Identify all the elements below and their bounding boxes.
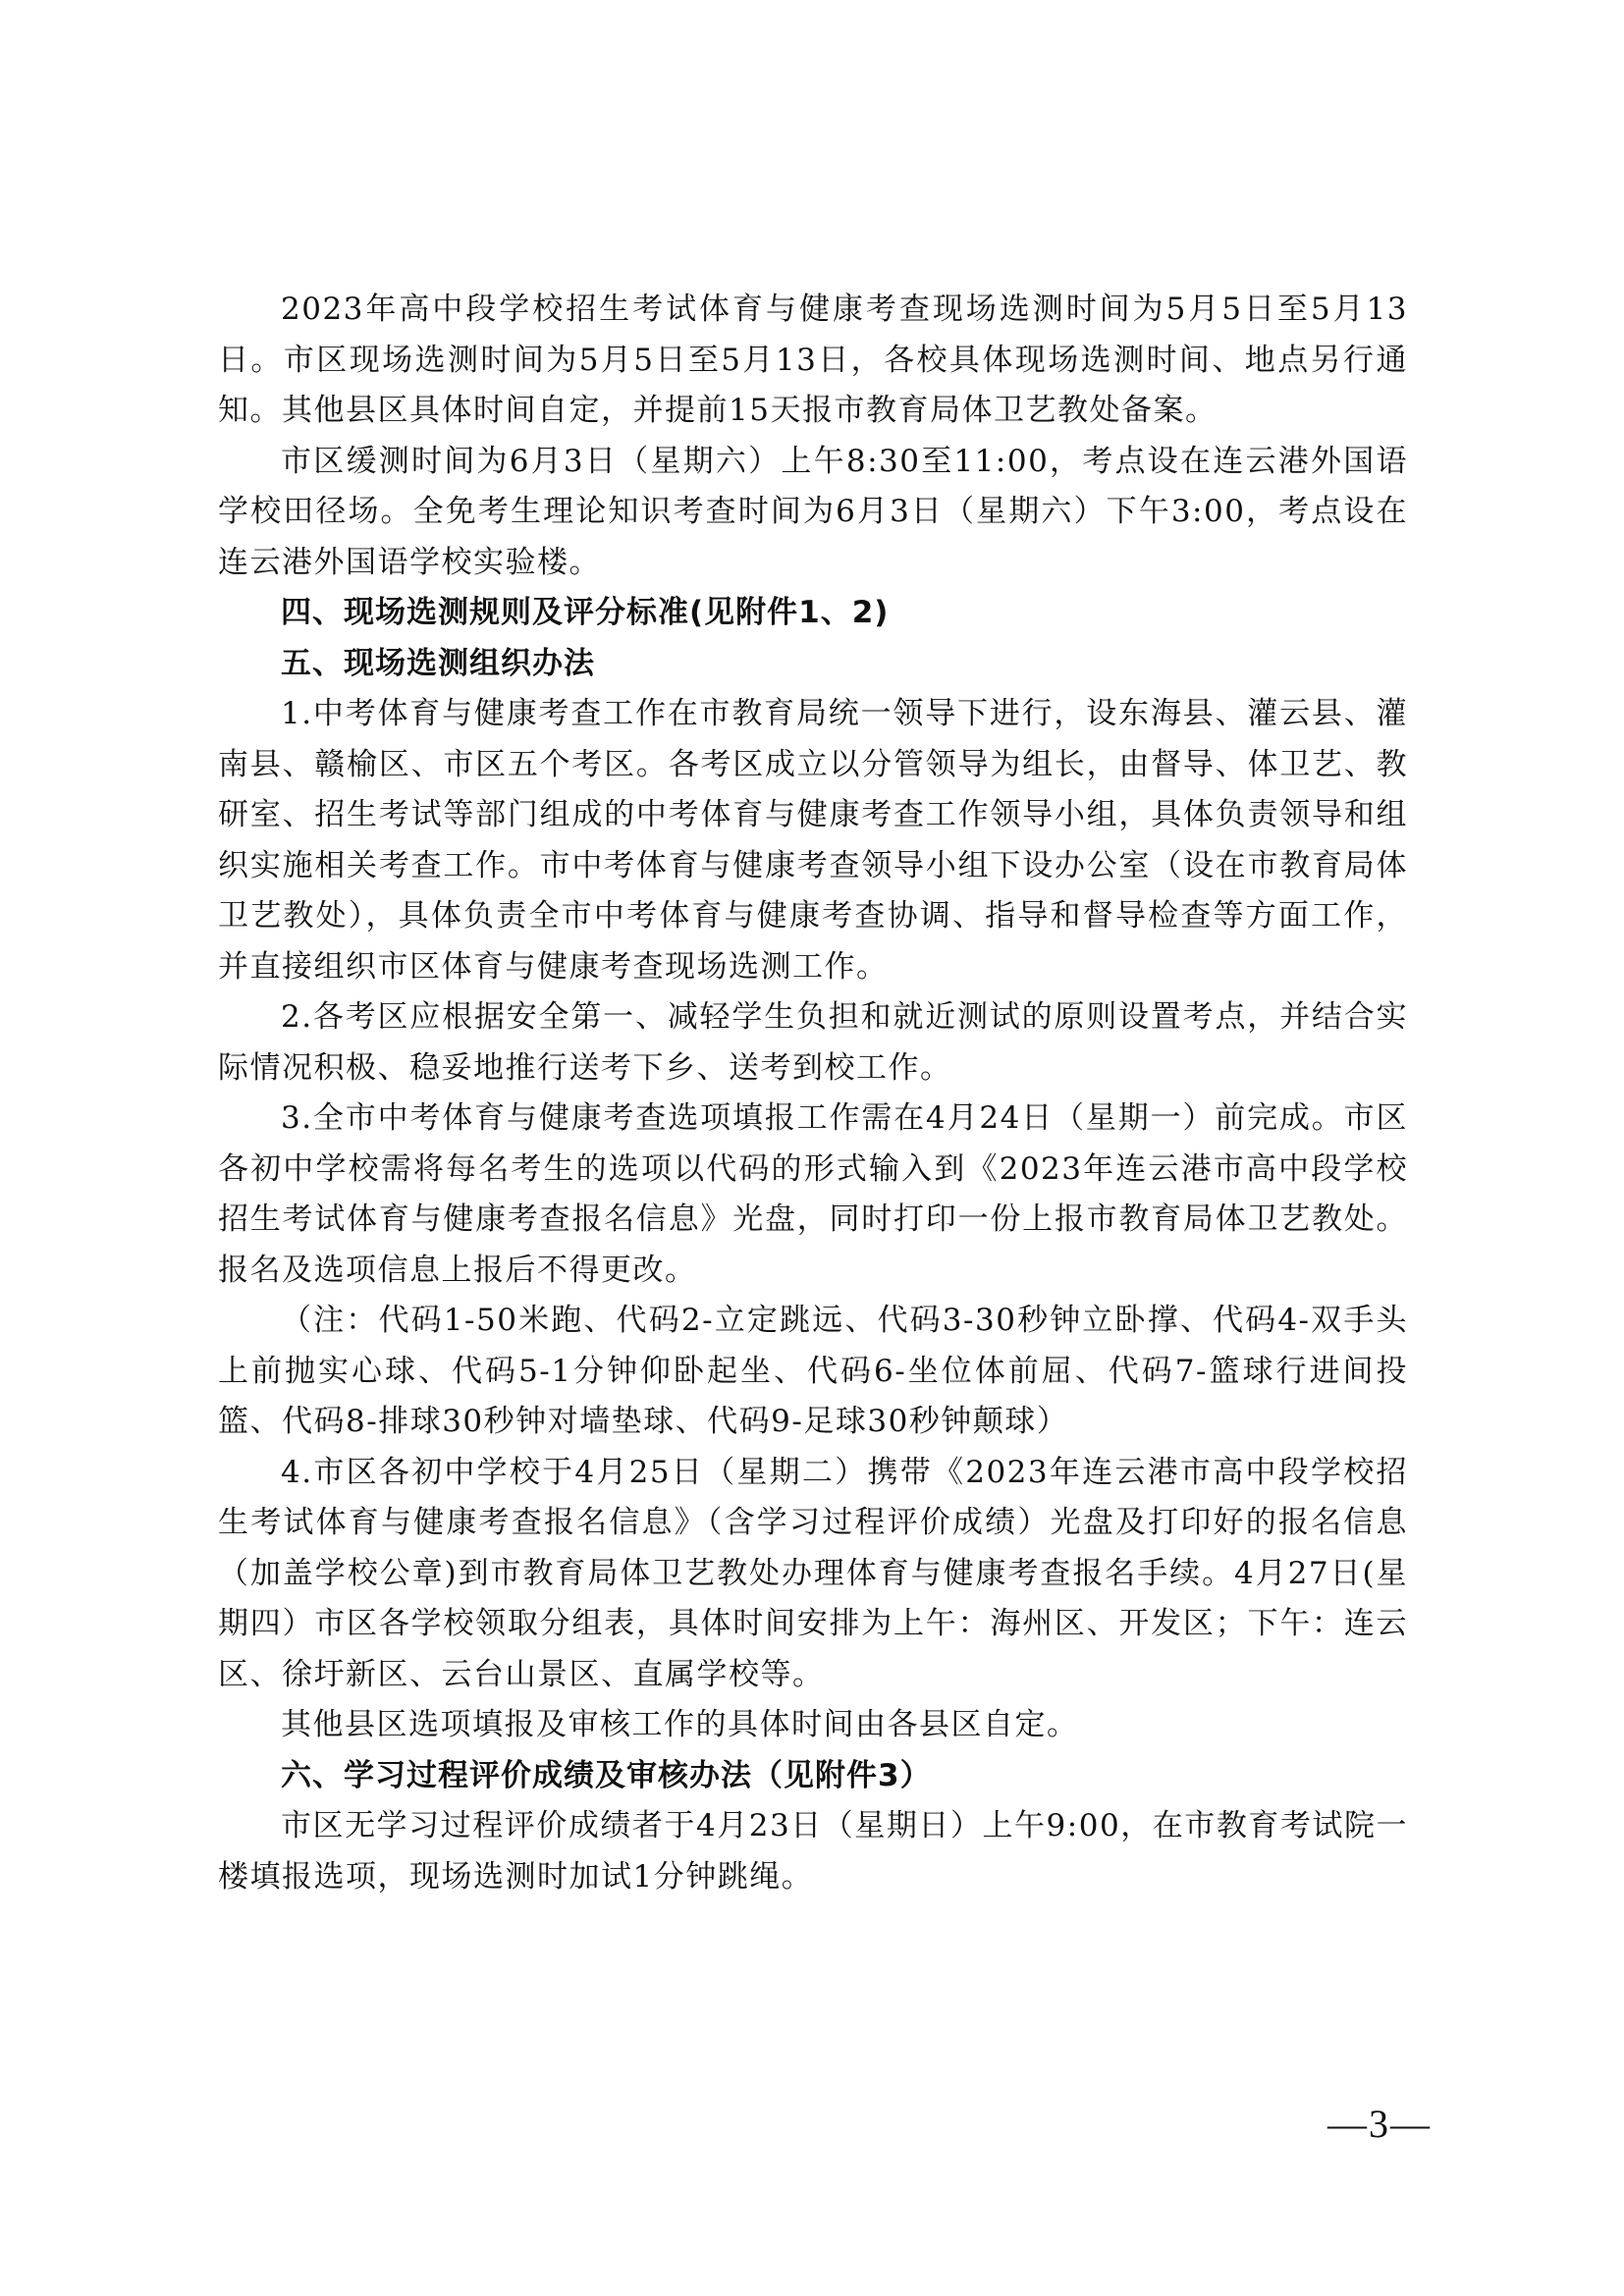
document-body: 2023年高中段学校招生考试体育与健康考查现场选测时间为5月5日至5月13日。市… xyxy=(218,285,1408,1902)
page-number: —3— xyxy=(1327,2101,1432,2147)
section-heading-6: 六、学习过程评价成绩及审核办法（见附件3） xyxy=(218,1751,1408,1802)
paragraph-no-score: 市区无学习过程评价成绩者于4月23日（星期日）上午9:00，在市教育考试院一楼填… xyxy=(218,1801,1408,1902)
paragraph-deferred-test: 市区缓测时间为6月3日（星期六）上午8:30至11:00，考点设在连云港外国语学… xyxy=(218,437,1408,589)
paragraph-code-note: （注：代码1-50米跑、代码2-立定跳远、代码3-30秒钟立卧撑、代码4-双手头… xyxy=(218,1296,1408,1448)
paragraph-item-2: 2.各考区应根据安全第一、减轻学生负担和就近测试的原则设置考点，并结合实际情况积… xyxy=(218,992,1408,1094)
paragraph-item-1: 1.中考体育与健康考查工作在市教育局统一领导下进行，设东海县、灌云县、灌南县、赣… xyxy=(218,689,1408,992)
section-heading-4: 四、现场选测规则及评分标准(见附件1、2) xyxy=(218,588,1408,639)
paragraph-item-3: 3.全市中考体育与健康考查选项填报工作需在4月24日（星期一）前完成。市区各初中… xyxy=(218,1094,1408,1296)
paragraph-item-4: 4.市区各初中学校于4月25日（星期二）携带《2023年连云港市高中段学校招生考… xyxy=(218,1448,1408,1701)
paragraph-exam-dates: 2023年高中段学校招生考试体育与健康考查现场选测时间为5月5日至5月13日。市… xyxy=(218,285,1408,437)
section-heading-5: 五、现场选测组织办法 xyxy=(218,639,1408,690)
paragraph-other-counties: 其他县区选项填报及审核工作的具体时间由各县区自定。 xyxy=(218,1700,1408,1751)
